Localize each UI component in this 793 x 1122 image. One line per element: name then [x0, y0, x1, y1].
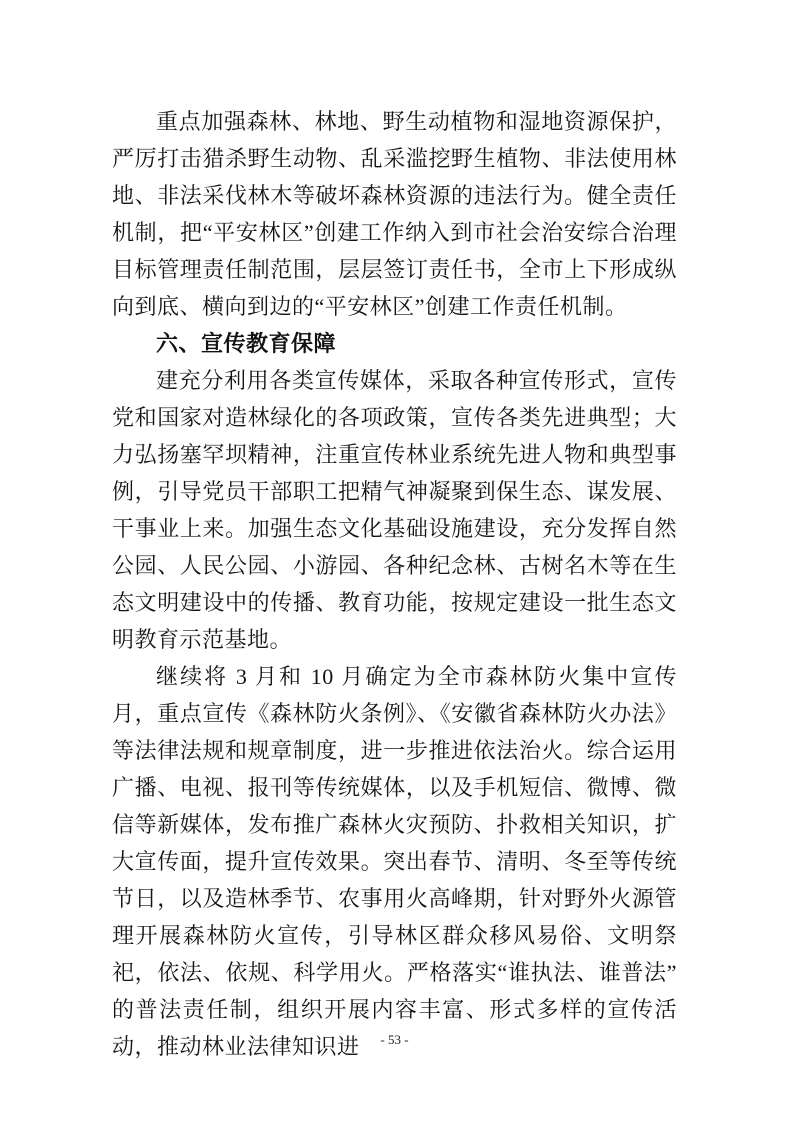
- section-heading-publicity-education: 六、宣传教育保障: [112, 325, 677, 362]
- document-body: 重点加强森林、林地、野生动植物和湿地资源保护，严厉打击猎杀野生动物、乱采滥挖野生…: [112, 103, 677, 1065]
- paragraph-publicity-media: 建充分利用各类宣传媒体，采取各种宣传形式，宣传党和国家对造林绿化的各项政策，宣传…: [112, 362, 677, 658]
- page-number: - 53 -: [112, 1032, 677, 1048]
- paragraph-forest-protection: 重点加强森林、林地、野生动植物和湿地资源保护，严厉打击猎杀野生动物、乱采滥挖野生…: [112, 103, 677, 325]
- paragraph-fire-prevention-publicity: 继续将 3 月和 10 月确定为全市森林防火集中宣传月，重点宣传《森林防火条例》…: [112, 658, 677, 1065]
- document-page: 重点加强森林、林地、野生动植物和湿地资源保护，严厉打击猎杀野生动物、乱采滥挖野生…: [0, 0, 793, 1122]
